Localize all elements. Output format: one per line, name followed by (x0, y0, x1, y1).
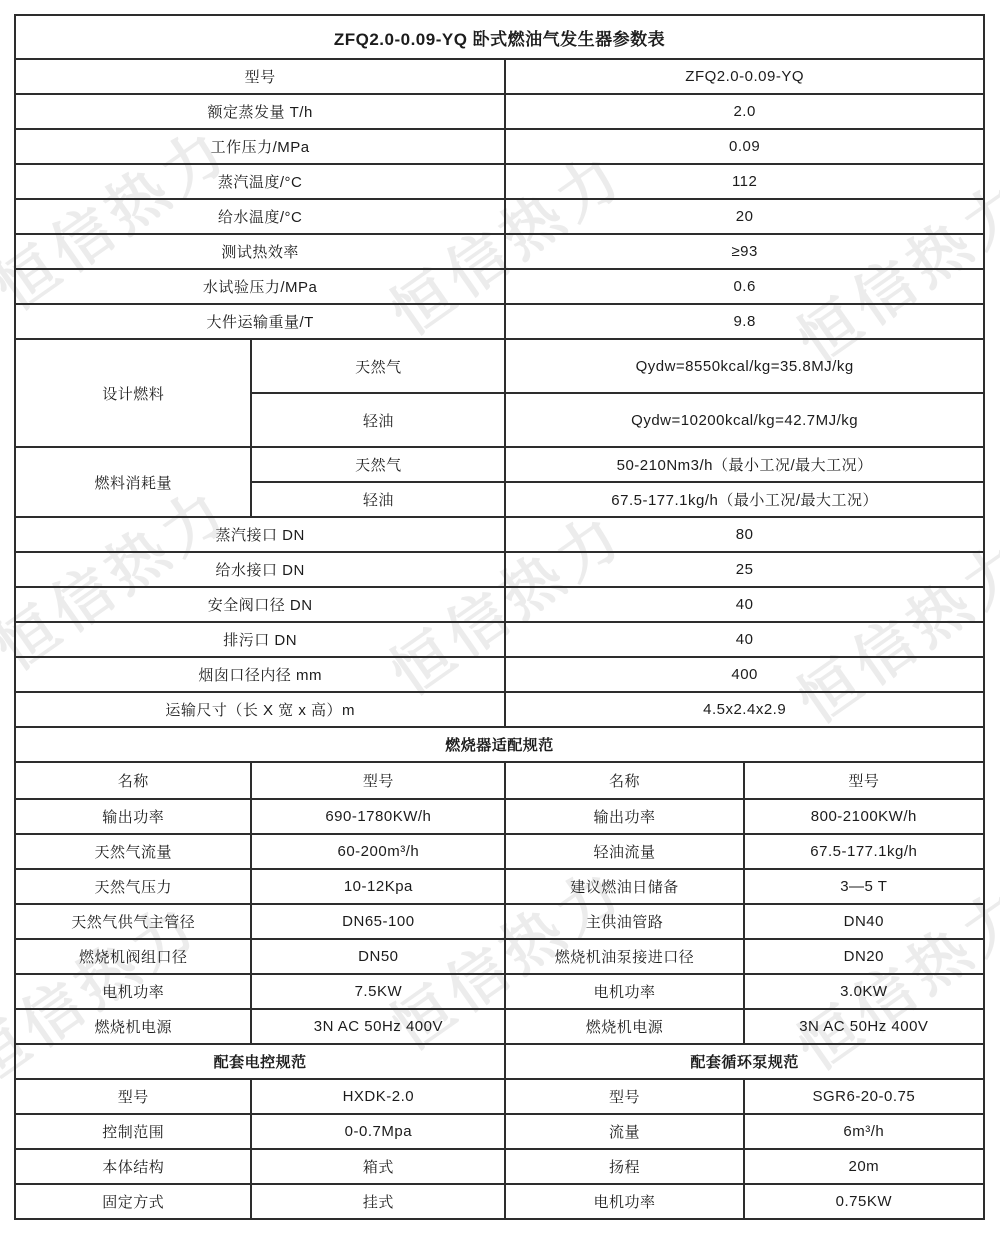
spec-row-value: 40 (505, 587, 984, 622)
burner-row-value: 3—5 T (744, 869, 984, 904)
spec-row-value: 80 (505, 517, 984, 552)
burner-row-value: 7.5KW (251, 974, 505, 1009)
spec-row-label: 安全阀口径 DN (15, 587, 505, 622)
burner-row-value: 800-2100KW/h (744, 799, 984, 834)
spec-row-value: 40 (505, 622, 984, 657)
fuel-type: 天然气 (251, 447, 505, 482)
accessory-row-value: 20m (744, 1149, 984, 1184)
spec-row-label: 运输尺寸（长 X 宽 x 高）m (15, 692, 505, 727)
table-row: 燃烧器适配规范 (15, 727, 984, 762)
table-row: 天然气压力 10-12Kpa 建议燃油日储备 3—5 T (15, 869, 984, 904)
burner-row-value: 10-12Kpa (251, 869, 505, 904)
table-row: ZFQ2.0-0.09-YQ 卧式燃油气发生器参数表 (15, 15, 984, 59)
table-row: 给水温度/°C 20 (15, 199, 984, 234)
fuel-value: Qydw=10200kcal/kg=42.7MJ/kg (505, 393, 984, 447)
spec-row-value: 0.6 (505, 269, 984, 304)
spec-row-value: 9.8 (505, 304, 984, 339)
burner-row-value: 3N AC 50Hz 400V (251, 1009, 505, 1044)
accessory-row-value: HXDK-2.0 (251, 1079, 505, 1114)
table-row: 测试热效率 ≥93 (15, 234, 984, 269)
spec-row-label: 蒸汽接口 DN (15, 517, 505, 552)
parameter-table: ZFQ2.0-0.09-YQ 卧式燃油气发生器参数表 型号 ZFQ2.0-0.0… (14, 14, 985, 1220)
fuel-value: 67.5-177.1kg/h（最小工况/最大工况） (505, 482, 984, 517)
table-row: 固定方式 挂式 电机功率 0.75KW (15, 1184, 984, 1219)
spec-row-label: 烟囱口径内径 mm (15, 657, 505, 692)
burner-row-value: 690-1780KW/h (251, 799, 505, 834)
accessory-row-label: 扬程 (505, 1149, 743, 1184)
accessory-row-value: 0.75KW (744, 1184, 984, 1219)
burner-row-label: 主供油管路 (505, 904, 743, 939)
spec-row-label: 大件运输重量/T (15, 304, 505, 339)
burner-row-value: DN50 (251, 939, 505, 974)
circulation-pump-header: 配套循环泵规范 (505, 1044, 984, 1079)
accessory-row-value: 挂式 (251, 1184, 505, 1219)
table-row: 水试验压力/MPa 0.6 (15, 269, 984, 304)
table-row: 烟囱口径内径 mm 400 (15, 657, 984, 692)
table-row: 蒸汽接口 DN 80 (15, 517, 984, 552)
spec-row-value: 20 (505, 199, 984, 234)
accessory-row-label: 本体结构 (15, 1149, 251, 1184)
accessory-row-value: SGR6-20-0.75 (744, 1079, 984, 1114)
spec-row-label: 测试热效率 (15, 234, 505, 269)
table-row: 蒸汽温度/°C 112 (15, 164, 984, 199)
spec-row-value: 4.5x2.4x2.9 (505, 692, 984, 727)
table-row: 给水接口 DN 25 (15, 552, 984, 587)
accessory-row-label: 型号 (15, 1079, 251, 1114)
table-row: 燃烧机电源 3N AC 50Hz 400V 燃烧机电源 3N AC 50Hz 4… (15, 1009, 984, 1044)
spec-row-label: 给水接口 DN (15, 552, 505, 587)
spec-row-label: 工作压力/MPa (15, 129, 505, 164)
spec-row-label: 给水温度/°C (15, 199, 505, 234)
burner-row-label: 输出功率 (505, 799, 743, 834)
accessory-row-value: 箱式 (251, 1149, 505, 1184)
table-row: 运输尺寸（长 X 宽 x 高）m 4.5x2.4x2.9 (15, 692, 984, 727)
fuel-type: 天然气 (251, 339, 505, 393)
burner-row-label: 轻油流量 (505, 834, 743, 869)
burner-row-label: 天然气供气主管径 (15, 904, 251, 939)
fuel-group-label: 燃料消耗量 (15, 447, 251, 517)
accessory-row-value: 6m³/h (744, 1114, 984, 1149)
fuel-type: 轻油 (251, 482, 505, 517)
burner-row-label: 燃烧机油泵接进口径 (505, 939, 743, 974)
table-row: 额定蒸发量 T/h 2.0 (15, 94, 984, 129)
spec-row-label: 额定蒸发量 T/h (15, 94, 505, 129)
burner-row-label: 燃烧机电源 (15, 1009, 251, 1044)
table-row: 设计燃料 天然气 Qydw=8550kcal/kg=35.8MJ/kg (15, 339, 984, 393)
burner-row-label: 电机功率 (505, 974, 743, 1009)
burner-row-value: DN65-100 (251, 904, 505, 939)
fuel-group-label: 设计燃料 (15, 339, 251, 447)
column-header: 名称 (15, 762, 251, 799)
table-row: 天然气流量 60-200m³/h 轻油流量 67.5-177.1kg/h (15, 834, 984, 869)
table-row: 控制范围 0-0.7Mpa 流量 6m³/h (15, 1114, 984, 1149)
spec-row-value: 112 (505, 164, 984, 199)
accessory-row-value: 0-0.7Mpa (251, 1114, 505, 1149)
table-row: 天然气供气主管径 DN65-100 主供油管路 DN40 (15, 904, 984, 939)
burner-row-value: DN40 (744, 904, 984, 939)
burner-row-label: 天然气压力 (15, 869, 251, 904)
table-row: 燃烧机阀组口径 DN50 燃烧机油泵接进口径 DN20 (15, 939, 984, 974)
fuel-type: 轻油 (251, 393, 505, 447)
column-header: 名称 (505, 762, 743, 799)
burner-row-value: 60-200m³/h (251, 834, 505, 869)
table-row: 型号 ZFQ2.0-0.09-YQ (15, 59, 984, 94)
spec-row-label: 型号 (15, 59, 505, 94)
table-row: 电机功率 7.5KW 电机功率 3.0KW (15, 974, 984, 1009)
accessory-row-label: 型号 (505, 1079, 743, 1114)
burner-row-value: DN20 (744, 939, 984, 974)
accessory-row-label: 流量 (505, 1114, 743, 1149)
table-row: 配套电控规范 配套循环泵规范 (15, 1044, 984, 1079)
fuel-value: 50-210Nm3/h（最小工况/最大工况） (505, 447, 984, 482)
accessory-row-label: 控制范围 (15, 1114, 251, 1149)
burner-row-label: 电机功率 (15, 974, 251, 1009)
spec-row-label: 排污口 DN (15, 622, 505, 657)
table-row: 型号 HXDK-2.0 型号 SGR6-20-0.75 (15, 1079, 984, 1114)
accessory-row-label: 固定方式 (15, 1184, 251, 1219)
fuel-value: Qydw=8550kcal/kg=35.8MJ/kg (505, 339, 984, 393)
burner-row-label: 燃烧机阀组口径 (15, 939, 251, 974)
burner-row-label: 输出功率 (15, 799, 251, 834)
burner-row-label: 天然气流量 (15, 834, 251, 869)
table-row: 排污口 DN 40 (15, 622, 984, 657)
spec-row-value: ≥93 (505, 234, 984, 269)
spec-row-value: 25 (505, 552, 984, 587)
burner-row-value: 3.0KW (744, 974, 984, 1009)
table-row: 名称 型号 名称 型号 (15, 762, 984, 799)
spec-row-label: 水试验压力/MPa (15, 269, 505, 304)
column-header: 型号 (251, 762, 505, 799)
table-row: 输出功率 690-1780KW/h 输出功率 800-2100KW/h (15, 799, 984, 834)
table-row: 工作压力/MPa 0.09 (15, 129, 984, 164)
electric-control-header: 配套电控规范 (15, 1044, 505, 1079)
burner-row-value: 3N AC 50Hz 400V (744, 1009, 984, 1044)
accessory-row-label: 电机功率 (505, 1184, 743, 1219)
table-row: 燃料消耗量 天然气 50-210Nm3/h（最小工况/最大工况） (15, 447, 984, 482)
spec-row-value: 2.0 (505, 94, 984, 129)
burner-row-label: 燃烧机电源 (505, 1009, 743, 1044)
table-title: ZFQ2.0-0.09-YQ 卧式燃油气发生器参数表 (15, 15, 984, 59)
column-header: 型号 (744, 762, 984, 799)
spec-row-value: 0.09 (505, 129, 984, 164)
spec-row-label: 蒸汽温度/°C (15, 164, 505, 199)
table-row: 本体结构 箱式 扬程 20m (15, 1149, 984, 1184)
burner-section-header: 燃烧器适配规范 (15, 727, 984, 762)
table-row: 安全阀口径 DN 40 (15, 587, 984, 622)
spec-row-value: 400 (505, 657, 984, 692)
spec-row-value: ZFQ2.0-0.09-YQ (505, 59, 984, 94)
burner-row-value: 67.5-177.1kg/h (744, 834, 984, 869)
table-row: 大件运输重量/T 9.8 (15, 304, 984, 339)
burner-row-label: 建议燃油日储备 (505, 869, 743, 904)
